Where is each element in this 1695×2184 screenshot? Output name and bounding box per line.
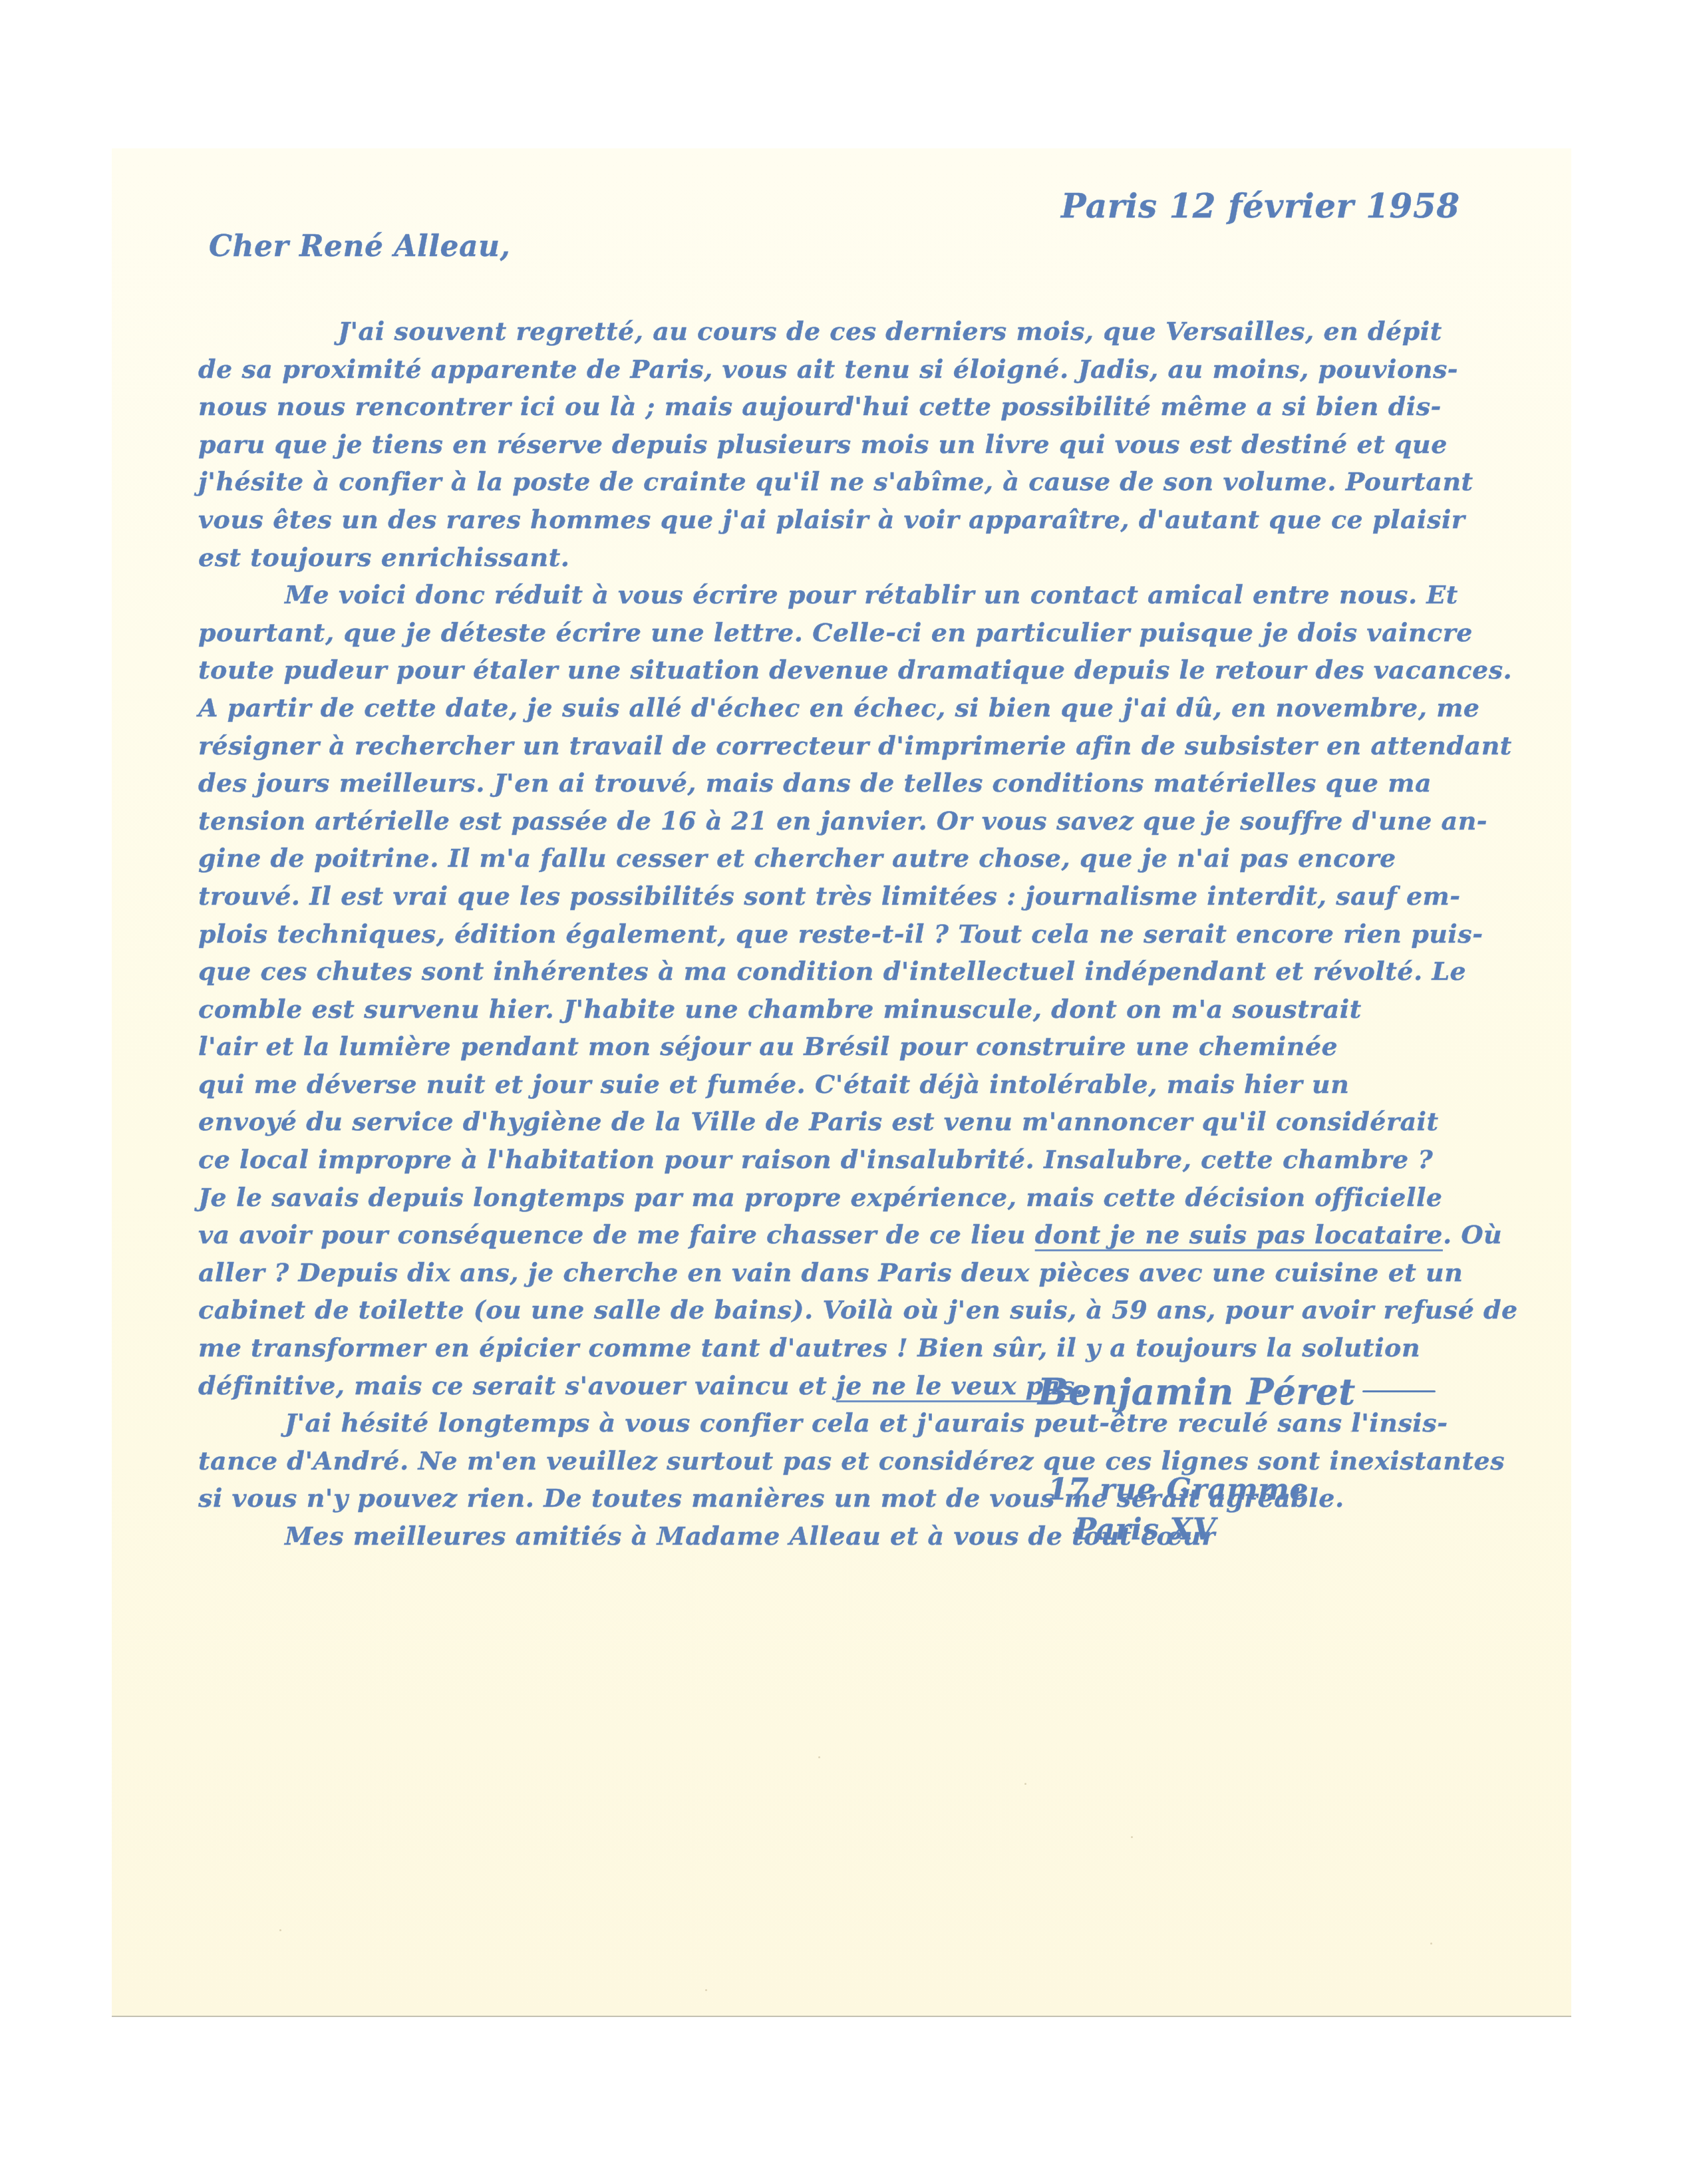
body-line-text: qui me déverse nuit et jour suie et fumé… <box>198 1069 1349 1099</box>
body-line-text: J'ai souvent regretté, au cours de ces d… <box>338 316 1442 346</box>
salutation: Cher René Alleau, <box>209 230 510 263</box>
paper-speck <box>1430 1943 1432 1945</box>
body-line-text: tension artérielle est passée de 16 à 21… <box>198 806 1487 836</box>
body-line: résigner à rechercher un travail de corr… <box>198 727 1549 765</box>
underlined-phrase: dont je ne suis pas locataire <box>1035 1219 1443 1249</box>
body-line: cabinet de toilette (ou une salle de bai… <box>198 1291 1549 1329</box>
body-line-text: aller ? Depuis dix ans, je cherche en va… <box>198 1257 1463 1287</box>
body-line: l'air et la lumière pendant mon séjour a… <box>198 1028 1549 1066</box>
body-line: qui me déverse nuit et jour suie et fumé… <box>198 1066 1549 1104</box>
body-line: trouvé. Il est vrai que les possibilités… <box>198 877 1549 915</box>
body-line: j'hésite à confier à la poste de crainte… <box>198 463 1549 501</box>
body-line-text: A partir de cette date, je suis allé d'é… <box>198 693 1480 722</box>
body-line-text: ce local impropre à l'habitation pour ra… <box>198 1144 1433 1174</box>
body-line: A partir de cette date, je suis allé d'é… <box>198 689 1549 727</box>
body-line: envoyé du service d'hygiène de la Ville … <box>198 1103 1549 1141</box>
body-line-text: Je le savais depuis longtemps par ma pro… <box>198 1182 1443 1212</box>
body-line: Je le savais depuis longtemps par ma pro… <box>198 1179 1549 1217</box>
body-line: plois techniques, édition également, que… <box>198 915 1549 953</box>
body-line: des jours meilleurs. J'en ai trouvé, mai… <box>198 764 1549 802</box>
body-line-text: va avoir pour conséquence de me faire ch… <box>198 1219 1026 1249</box>
sender-address: 17 rue Gramme Paris XV <box>1048 1470 1309 1550</box>
body-line-text: vous êtes un des rares hommes que j'ai p… <box>198 504 1465 534</box>
body-line: comble est survenu hier. J'habite une ch… <box>198 991 1549 1028</box>
body-line: aller ? Depuis dix ans, je cherche en va… <box>198 1254 1549 1292</box>
paper-speck <box>705 1989 707 1991</box>
letter-date: Paris 12 février 1958 <box>1061 186 1460 226</box>
body-line-text: nous nous rencontrer ici ou là ; mais au… <box>198 391 1442 421</box>
body-line: tension artérielle est passée de 16 à 21… <box>198 802 1549 840</box>
body-line: toute pudeur pour étaler une situation d… <box>198 651 1549 689</box>
address-city: Paris XV <box>1048 1510 1309 1550</box>
body-line-text: paru que je tiens en réserve depuis plus… <box>198 429 1448 459</box>
body-line-text: des jours meilleurs. J'en ai trouvé, mai… <box>198 768 1432 798</box>
body-line: de sa proximité apparente de Paris, vous… <box>198 351 1549 389</box>
body-line: J'ai souvent regretté, au cours de ces d… <box>198 313 1549 351</box>
paper-speck <box>818 1756 820 1758</box>
body-line: ce local impropre à l'habitation pour ra… <box>198 1141 1549 1179</box>
paper-speck <box>1131 1836 1133 1838</box>
body-line-text: gine de poitrine. Il m'a fallu cesser et… <box>198 843 1396 873</box>
body-line-text: j'hésite à confier à la poste de crainte… <box>198 466 1473 496</box>
body-line: va avoir pour conséquence de me faire ch… <box>198 1216 1549 1254</box>
body-line-text: me transformer en épicier comme tant d'a… <box>198 1332 1420 1362</box>
body-line-text: définitive, mais ce serait s'avouer vain… <box>198 1370 827 1400</box>
body-line: Mes meilleures amitiés à Madame Alleau e… <box>198 1517 1549 1555</box>
body-line: si vous n'y pouvez rien. De toutes maniè… <box>198 1480 1549 1517</box>
body-line-text: pourtant, que je déteste écrire une lett… <box>198 617 1473 647</box>
body-line-text: l'air et la lumière pendant mon séjour a… <box>198 1031 1338 1061</box>
body-line-text: trouvé. Il est vrai que les possibilités… <box>198 881 1461 911</box>
body-line-text: de sa proximité apparente de Paris, vous… <box>198 354 1458 384</box>
address-street: 17 rue Gramme <box>1048 1470 1309 1510</box>
body-line-text: résigner à rechercher un travail de corr… <box>198 730 1512 760</box>
body-line: paru que je tiens en réserve depuis plus… <box>198 426 1549 464</box>
body-line: vous êtes un des rares hommes que j'ai p… <box>198 501 1549 539</box>
body-line-text: envoyé du service d'hygiène de la Ville … <box>198 1106 1439 1136</box>
paper-speck <box>1024 1783 1026 1785</box>
body-line: me transformer en épicier comme tant d'a… <box>198 1329 1549 1367</box>
paper-speck <box>1350 1430 1352 1432</box>
body-line-text: que ces chutes sont inhérentes à ma cond… <box>198 956 1466 986</box>
body-line: nous nous rencontrer ici ou là ; mais au… <box>198 388 1549 426</box>
body-line-text: cabinet de toilette (ou une salle de bai… <box>198 1295 1518 1325</box>
body-line: gine de poitrine. Il m'a fallu cesser et… <box>198 840 1549 877</box>
body-line-text: tance d'André. Ne m'en veuillez surtout … <box>198 1446 1505 1476</box>
body-line-text: plois techniques, édition également, que… <box>198 919 1483 949</box>
body-line-text: comble est survenu hier. J'habite une ch… <box>198 994 1362 1024</box>
paper-speck <box>519 785 521 787</box>
letter-body: J'ai souvent regretté, au cours de ces d… <box>198 313 1549 1555</box>
body-line-text: Me voici donc réduit à vous écrire pour … <box>285 579 1458 609</box>
body-line-text: est toujours enrichissant. <box>198 542 570 572</box>
body-line: tance d'André. Ne m'en veuillez surtout … <box>198 1442 1549 1480</box>
body-line-text: toute pudeur pour étaler une situation d… <box>198 655 1512 685</box>
signature-block: Benjamin Péret <box>1038 1370 1356 1413</box>
body-line-tail: . Où <box>1443 1219 1502 1249</box>
signature: Benjamin Péret <box>1038 1370 1356 1413</box>
body-line: est toujours enrichissant. <box>198 539 1549 577</box>
paper-speck <box>279 1929 281 1931</box>
body-line: que ces chutes sont inhérentes à ma cond… <box>198 953 1549 991</box>
body-line: pourtant, que je déteste écrire une lett… <box>198 614 1549 652</box>
body-line: Me voici donc réduit à vous écrire pour … <box>198 576 1549 614</box>
